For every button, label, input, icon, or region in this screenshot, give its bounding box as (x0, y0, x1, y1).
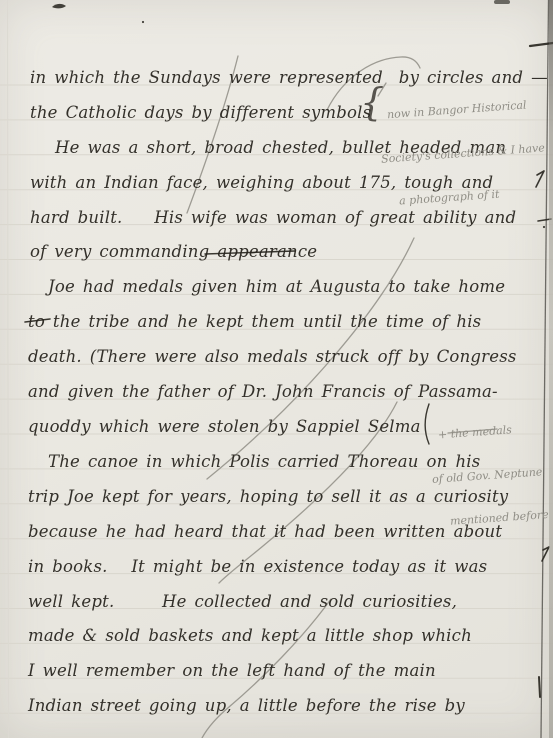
manuscript-line-15: in books. It might be in existence today… (28, 556, 487, 578)
manuscript-line-11: quoddy which were stolen by Sappiel Selm… (28, 416, 421, 438)
manuscript-line-14: because he had heard that it had been wr… (28, 521, 502, 543)
manuscript-page: in which the Sundays were represented by… (0, 0, 553, 738)
manuscript-line-18: I well remember on the left hand of the … (28, 660, 436, 682)
manuscript-line-12: The canoe in which Polis carried Thoreau… (48, 451, 480, 473)
ink-blot-top-left (52, 4, 66, 9)
manuscript-line-6: of very commanding appearance (30, 241, 317, 263)
pencil-note-side: + the medals of old Gov. Neptune mention… (427, 392, 552, 559)
scan-smudge-top (494, 0, 510, 4)
manuscript-line-7: Joe had medals given him at Augusta to t… (48, 276, 505, 298)
manuscript-line-2: the Catholic days by different symbols (30, 102, 371, 124)
pencil-note-top: now in Bangor Historical Society's colle… (376, 68, 551, 239)
pencil-note-side-line-3: mentioned before (450, 508, 550, 529)
manuscript-line-8: to the tribe and he kept them until the … (28, 311, 481, 333)
pencil-note-top-line-2: Society's collections & I have (381, 141, 546, 167)
pencil-note-side-line-1: + the medals (438, 421, 543, 443)
ink-dot-top (142, 21, 144, 23)
manuscript-line-16: well kept. He collected and sold curiosi… (28, 591, 457, 613)
manuscript-line-9: death. (There were also medals struck of… (28, 346, 517, 368)
ink-margin-dash-3 (539, 677, 540, 697)
page-edge-shadow (549, 0, 553, 738)
manuscript-line-19: Indian street going up, a little before … (28, 695, 465, 717)
pencil-note-top-line-3: a photograph of it (399, 184, 549, 209)
left-crease (8, 0, 9, 738)
pencil-note-side-line-2: of old Gov. Neptune (432, 465, 546, 487)
pencil-note-top-line-1: now in Bangor Historical (387, 97, 543, 122)
manuscript-line-17: made & sold baskets and kept a little sh… (28, 625, 472, 647)
